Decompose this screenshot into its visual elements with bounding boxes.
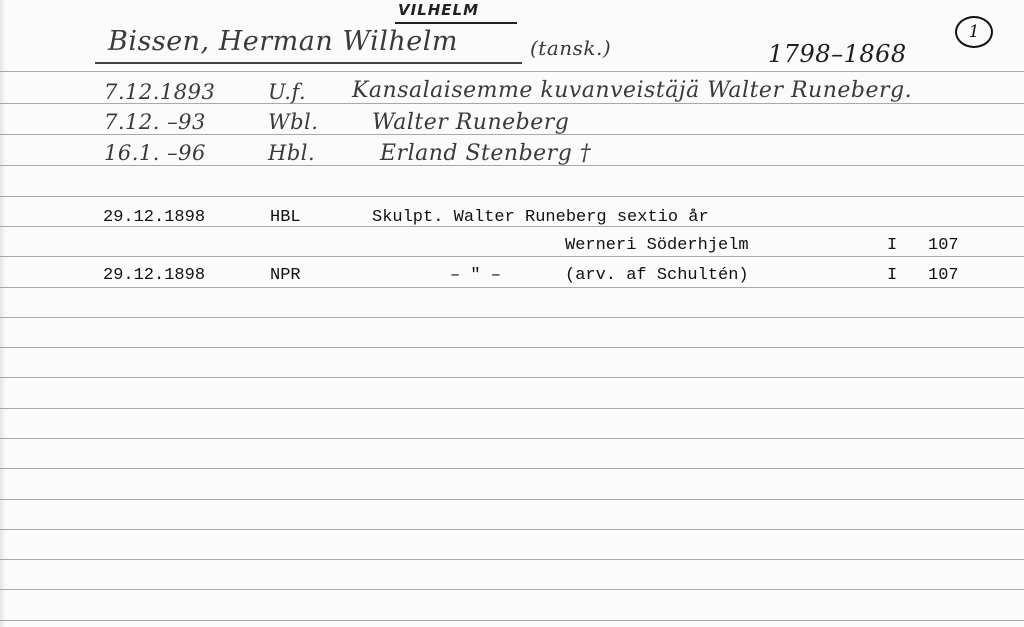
ruled-line [0,468,1024,469]
ruled-line [0,256,1024,257]
ruled-line [0,620,1024,621]
typed-entry-source: HBL [270,208,301,227]
typed-entry-source: NPR [270,266,301,285]
ruled-line [0,438,1024,439]
typed-entry-page: 107 [928,236,959,255]
name-correction: VILHELM [398,1,479,19]
card-number: 1 [969,22,980,42]
ruled-line [0,377,1024,378]
nationality-note: (tansk.) [530,36,611,60]
ruled-line [0,589,1024,590]
ruled-line [0,317,1024,318]
life-years: 1798–1868 [768,40,907,68]
entry-source: U.f. [268,80,306,104]
entry-text: Erland Stenberg † [380,141,591,166]
typed-entry-title: (arv. af Schultén) [565,266,749,285]
typed-entry-date: 29.12.1898 [103,208,205,227]
card-number-badge: 1 [955,16,993,48]
typed-entry-author: Werneri Söderhjelm [565,236,749,255]
name-correction-underline [395,22,517,24]
entry-text: Kansalaisemme kuvanveistäjä Walter Runeb… [352,78,912,103]
entry-date: 7.12. –93 [104,110,206,134]
ruled-line [0,287,1024,288]
entry-date: 16.1. –96 [104,141,206,165]
entry-source: Hbl. [268,141,315,165]
ruled-line [0,196,1024,197]
ruled-line [0,347,1024,348]
typed-entry-volume: I [887,236,897,255]
entry-date: 7.12.1893 [104,80,215,104]
entry-text: Walter Runeberg [372,110,569,135]
ruled-line [0,529,1024,530]
ruled-line [0,408,1024,409]
typed-entry-title: Skulpt. Walter Runeberg sextio år [372,208,709,227]
typed-entry-page: 107 [928,266,959,285]
entry-source: Wbl. [268,110,318,134]
name-underline [95,62,522,64]
typed-entry-volume: I [887,266,897,285]
typed-entry-ditto: – " – [450,266,501,285]
ruled-line [0,71,1024,72]
card-edge-shadow [0,0,6,627]
index-card: VILHELM Bissen, Herman Wilhelm (tansk.) … [0,0,1024,627]
person-name: Bissen, Herman Wilhelm [108,26,458,57]
ruled-line [0,559,1024,560]
ruled-line [0,499,1024,500]
typed-entry-date: 29.12.1898 [103,266,205,285]
